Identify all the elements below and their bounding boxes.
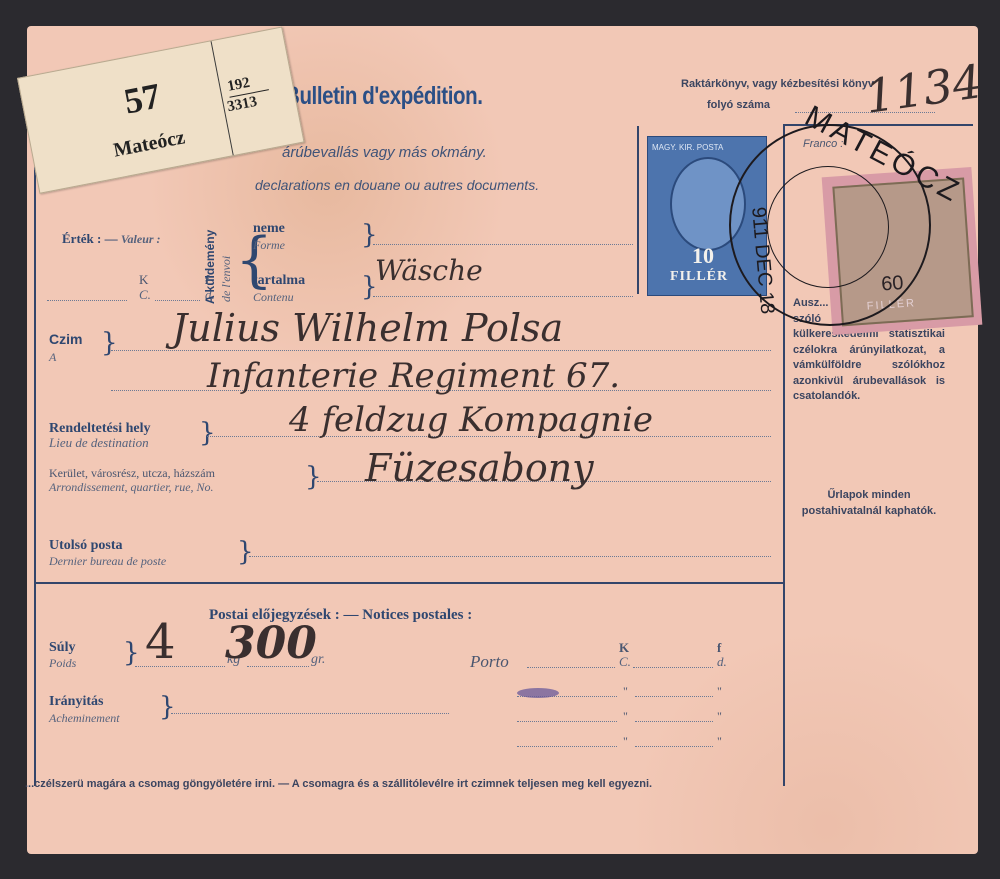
ink-smudge: [517, 688, 559, 698]
destination-label-fr: Lieu de destination: [49, 436, 149, 450]
stamp-legend: MAGY. KIR. POSTA: [652, 143, 723, 152]
customs-text-fr: declarations en douane ou autres documen…: [255, 177, 539, 193]
porto-crown-field[interactable]: [527, 667, 615, 668]
ditto-3a: ": [623, 734, 628, 749]
destination-label: Rendeltetési hely: [49, 422, 150, 436]
registration-place: Mateócz: [112, 126, 187, 162]
porto-d: d.: [717, 654, 727, 670]
address-label: Czim: [49, 332, 82, 346]
weight-kg-handwritten: 4: [145, 614, 176, 670]
footer-note: ...czélszerü magára a csomag göngyöletér…: [25, 778, 652, 790]
ditto-2a: ": [623, 709, 628, 724]
envoi-label-hu: A küldemény: [203, 230, 217, 304]
contents-field[interactable]: [373, 296, 633, 297]
address-line-1-field[interactable]: [111, 350, 771, 351]
envoi-label-fr: de l'envoi: [219, 256, 234, 302]
weight-gr-handwritten: 300: [225, 618, 317, 669]
last-post-brace: }: [237, 539, 254, 565]
district-label-fr: Arrondissement, quartier, rue, No.: [49, 480, 214, 494]
value-c: C.: [139, 287, 151, 303]
value-label-hu: Érték :: [62, 231, 101, 246]
registration-number: 57: [121, 74, 164, 122]
routing-field[interactable]: [171, 713, 449, 714]
routing-label-fr: Acheminement: [49, 711, 120, 725]
ditto-1b: ": [717, 684, 722, 699]
fee-row-2-crown[interactable]: [517, 721, 617, 722]
weight-brace: }: [123, 640, 140, 666]
ditto-3b: ": [717, 734, 722, 749]
last-post-label: Utolsó posta: [49, 539, 123, 553]
porto-label: Porto: [470, 652, 509, 672]
customs-text-hu: árúbevallás vagy más okmány.: [282, 144, 487, 161]
address-brace: }: [101, 330, 118, 356]
value-crown-field[interactable]: [47, 300, 127, 301]
postmark-inner-ring: [767, 166, 889, 288]
contents-label-fr: Contenu: [253, 290, 294, 304]
stamp-unit: FILLÉR: [670, 269, 728, 285]
address-line-2: Infanterie Regiment 67.: [207, 356, 620, 396]
register-label: Raktárkönyv, vagy kézbesítési könyv: [681, 78, 874, 90]
weight-label-fr: Poids: [49, 656, 76, 670]
address-line-1: Julius Wilhelm Polsa: [172, 306, 563, 350]
address-line-4: Füzesabony: [365, 446, 594, 490]
side-forms-text: Űrlapok minden postahivatalnál kaphatók.: [793, 488, 945, 519]
address-line-3: 4 feldzug Kompagnie: [289, 400, 653, 440]
porto-filler-field[interactable]: [633, 667, 713, 668]
ditto-1a: ": [623, 684, 628, 699]
register-label-2: folyó száma: [707, 99, 770, 111]
value-dash: —: [105, 231, 118, 246]
fee-row-2-filler[interactable]: [635, 721, 713, 722]
stamp-box-line: [637, 126, 639, 294]
section-divider: [34, 582, 783, 584]
stamp-value: 10: [692, 243, 714, 269]
routing-label: Irányitás: [49, 695, 103, 709]
fee-row-3-crown[interactable]: [517, 746, 617, 747]
fee-row-3-filler[interactable]: [635, 746, 713, 747]
left-border-line: [34, 86, 36, 786]
form-field[interactable]: [373, 244, 633, 245]
contents-handwritten: Wäsche: [375, 254, 483, 287]
routing-brace: }: [159, 694, 176, 720]
last-post-field[interactable]: [249, 556, 771, 557]
district-brace: }: [305, 464, 322, 490]
last-post-label-fr: Dernier bureau de poste: [49, 554, 166, 568]
value-label-fr: Valeur :: [121, 232, 161, 246]
register-number-handwritten: 1134: [862, 54, 985, 124]
value-filler-field[interactable]: [155, 300, 200, 301]
district-label: Kerület, városrész, utcza, házszám: [49, 466, 215, 481]
destination-brace: }: [199, 420, 216, 446]
fee-row-1-filler[interactable]: [635, 696, 713, 697]
ditto-2b: ": [717, 709, 722, 724]
contents-label: tartalma: [253, 274, 305, 288]
porto-c: C.: [619, 654, 631, 670]
weight-label: Súly: [49, 641, 75, 655]
form-label-fr: Forme: [253, 238, 285, 252]
value-k: K: [139, 272, 148, 288]
form-label: neme: [253, 222, 285, 236]
value-label: Érték : — Valeur :: [62, 232, 161, 246]
address-label-fr: A: [49, 350, 56, 364]
